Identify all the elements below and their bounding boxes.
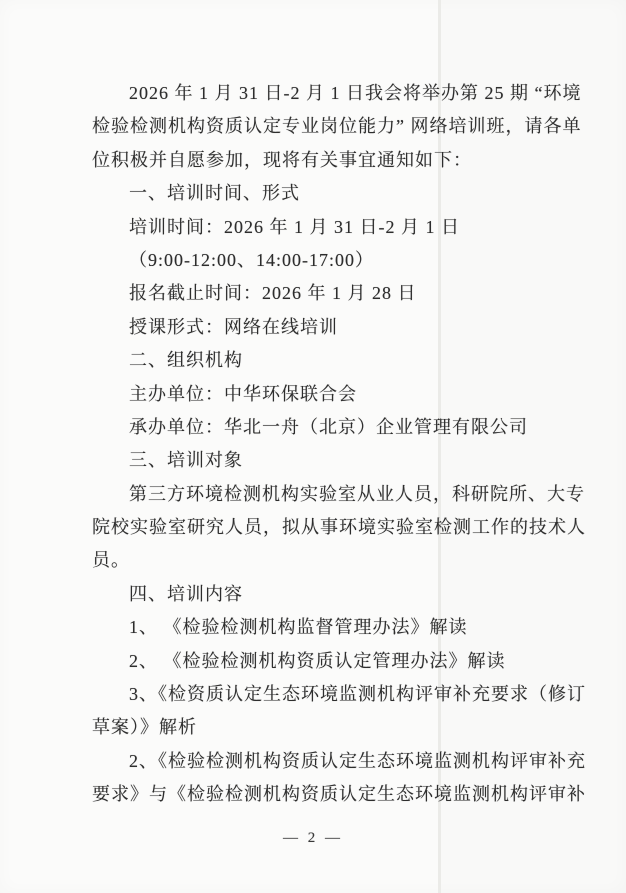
document-line: 报名截止时间：2026 年 1 月 28 日 (92, 277, 547, 310)
scanned-document-page: 2026 年 1 月 31 日-2 月 1 日我会将举办第 25 期 “环境检验… (0, 0, 626, 893)
document-line: 3、《检资质认定生态环境监测机构评审补充要求（修订 (92, 678, 547, 711)
document-line: 要求》与《检验检测机构资质认定生态环境监测机构评审补 (92, 778, 547, 811)
document-line: 2026 年 1 月 31 日-2 月 1 日我会将举办第 25 期 “环境 (92, 77, 547, 110)
document-line: 承办单位：华北一舟（北京）企业管理有限公司 (92, 411, 547, 444)
document-line: 1、 《检验检测机构监督管理办法》解读 (92, 611, 547, 644)
document-body: 2026 年 1 月 31 日-2 月 1 日我会将举办第 25 期 “环境检验… (92, 77, 547, 812)
document-line: 培训时间：2026 年 1 月 31 日-2 月 1 日 (92, 211, 547, 244)
document-line: 2、 《检验检测机构资质认定管理办法》解读 (92, 645, 547, 678)
page-number: — 2 — (0, 830, 626, 847)
document-line: 四、培训内容 (92, 578, 547, 611)
document-line: 草案）》解析 (92, 711, 547, 744)
document-line: 院校实验室研究人员，拟从事环境实验室检测工作的技术人 (92, 511, 547, 544)
document-line: 检验检测机构资质认定专业岗位能力” 网络培训班，请各单 (92, 110, 547, 143)
document-line: 二、组织机构 (92, 344, 547, 377)
document-line: 2、《检验检测机构资质认定生态环境监测机构评审补充 (92, 745, 547, 778)
document-line: 第三方环境检测机构实验室从业人员，科研院所、大专 (92, 478, 547, 511)
document-line: 位积极并自愿参加，现将有关事宜通知如下： (92, 144, 547, 177)
document-line: 主办单位：中华环保联合会 (92, 378, 547, 411)
document-line: （9:00-12:00、14:00-17:00） (92, 244, 547, 277)
document-line: 授课形式：网络在线培训 (92, 311, 547, 344)
document-line: 员。 (92, 544, 547, 577)
document-line: 三、培训对象 (92, 444, 547, 477)
document-line: 一、培训时间、形式 (92, 177, 547, 210)
